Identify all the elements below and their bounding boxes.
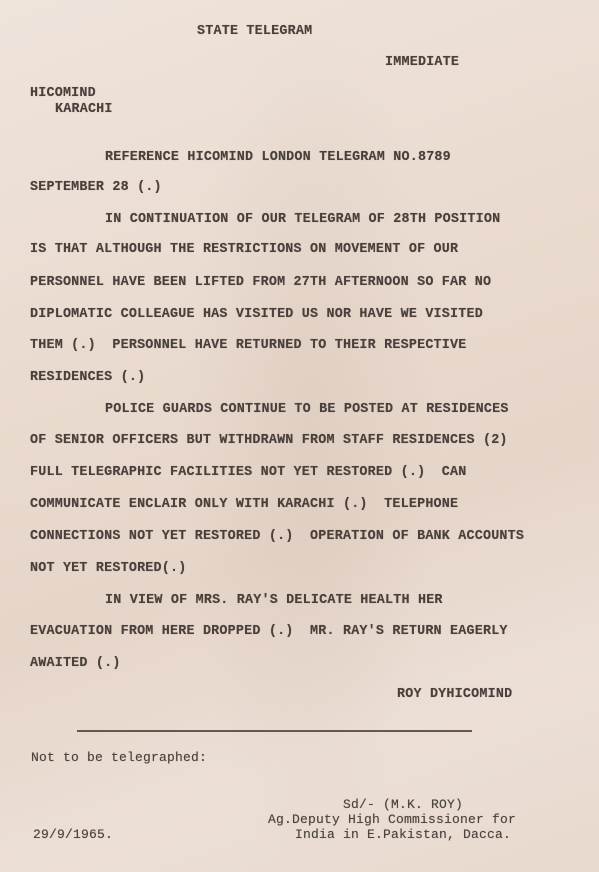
document-date: 29/9/1965. (33, 827, 113, 842)
document-title: STATE TELEGRAM (197, 24, 312, 39)
addressee-line-2: KARACHI (55, 102, 113, 117)
body-line: RESIDENCES (.) (30, 370, 145, 385)
sender-signature: ROY DYHICOMIND (397, 687, 512, 702)
body-line: CONNECTIONS NOT YET RESTORED (.) OPERATI… (30, 529, 524, 544)
body-line: PERSONNEL HAVE BEEN LIFTED FROM 27TH AFT… (30, 275, 491, 290)
body-line: FULL TELEGRAPHIC FACILITIES NOT YET REST… (30, 465, 467, 480)
priority-label: IMMEDIATE (385, 55, 459, 70)
body-line: OF SENIOR OFFICERS BUT WITHDRAWN FROM ST… (30, 433, 508, 448)
telegram-page: STATE TELEGRAM IMMEDIATE HICOMIND KARACH… (0, 0, 599, 872)
addressee-line-1: HICOMIND (30, 86, 96, 101)
body-line: REFERENCE HICOMIND LONDON TELEGRAM NO.87… (105, 150, 451, 165)
signatory-location: India in E.Pakistan, Dacca. (295, 827, 511, 842)
signatory-title: Ag.Deputy High Commissioner for (268, 812, 516, 827)
body-line: AWAITED (.) (30, 656, 121, 671)
body-line: IN VIEW OF MRS. RAY'S DELICATE HEALTH HE… (105, 593, 443, 608)
body-line: EVACUATION FROM HERE DROPPED (.) MR. RAY… (30, 624, 508, 639)
body-line: SEPTEMBER 28 (.) (30, 180, 162, 195)
body-line: NOT YET RESTORED(.) (30, 561, 186, 576)
body-line: COMMUNICATE ENCLAIR ONLY WITH KARACHI (.… (30, 497, 458, 512)
body-line: THEM (.) PERSONNEL HAVE RETURNED TO THEI… (30, 338, 467, 353)
signatory-name: Sd/- (M.K. ROY) (343, 797, 463, 812)
not-telegraphed-note: Not to be telegraphed: (31, 750, 207, 765)
body-line: IN CONTINUATION OF OUR TELEGRAM OF 28TH … (105, 212, 500, 227)
body-line: DIPLOMATIC COLLEAGUE HAS VISITED US NOR … (30, 307, 483, 322)
body-line: IS THAT ALTHOUGH THE RESTRICTIONS ON MOV… (30, 242, 458, 257)
body-line: POLICE GUARDS CONTINUE TO BE POSTED AT R… (105, 402, 509, 417)
divider-rule (77, 730, 472, 732)
